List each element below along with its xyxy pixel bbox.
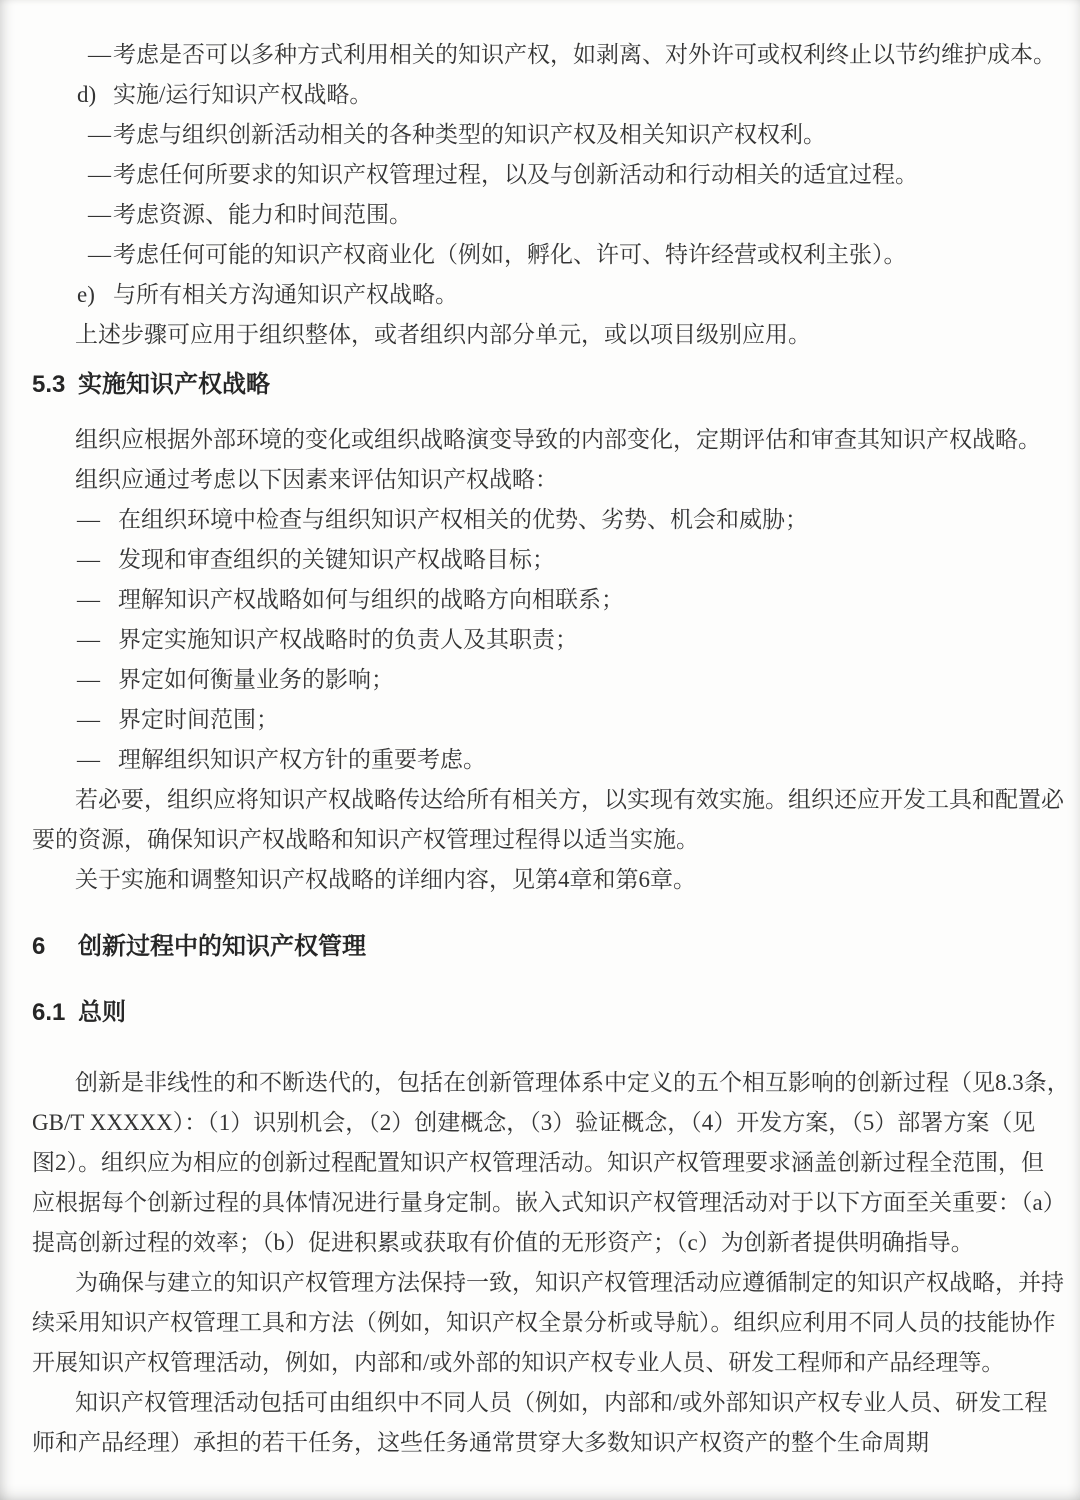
section-6-1-body: 创新是非线性的和不断迭代的，包括在创新管理体系中定义的五个相互影响的创新过程（见…	[32, 1063, 1038, 1463]
section-heading-6-1: 6.1总则	[32, 993, 1038, 1033]
dash-bullet: —	[88, 155, 113, 195]
dash-item-text: 理解知识产权战略如何与组织的战略方向相联系；	[118, 587, 624, 612]
list-item-label: d)	[77, 75, 113, 115]
dash-bullet: —	[88, 115, 113, 155]
dash-item-text: 考虑是否可以多种方式利用相关的知识产权，如剥离、对外许可或权利终止以节约维护成本…	[113, 42, 1056, 67]
dash-item: —理解知识产权战略如何与组织的战略方向相联系；	[32, 580, 1038, 620]
section-title: 总则	[78, 999, 126, 1026]
list-item-e: e)与所有相关方沟通知识产权战略。	[32, 275, 1038, 315]
dash-item-text: 考虑与组织创新活动相关的各种类型的知识产权及相关知识产权权利。	[113, 122, 826, 147]
dash-bullet: —	[88, 195, 113, 235]
paragraph-line: 应根据每个创新过程的具体情况进行量身定制。嵌入式知识产权管理活动对于以下方面至关…	[32, 1183, 1038, 1223]
dash-item: —考虑任何可能的知识产权商业化（例如，孵化、许可、特许经营或权利主张）。	[32, 235, 1038, 275]
dash-item: —考虑资源、能力和时间范围。	[32, 195, 1038, 235]
dash-item: —在组织环境中检查与组织知识产权相关的优势、劣势、机会和威胁；	[32, 500, 1038, 540]
paragraph-line: 要的资源，确保知识产权战略和知识产权管理过程得以适当实施。	[32, 820, 1038, 860]
paragraph-line: 为确保与建立的知识产权管理方法保持一致，知识产权管理活动应遵循制定的知识产权战略…	[32, 1263, 1038, 1303]
dash-item: —理解组织知识产权方针的重要考虑。	[32, 740, 1038, 780]
dash-bullet: —	[77, 580, 118, 620]
section-heading-5-3: 5.3实施知识产权战略	[32, 365, 1038, 405]
list-item-text: 与所有相关方沟通知识产权战略。	[113, 282, 458, 307]
paragraph-line: 师和产品经理）承担的若干任务，这些任务通常贯穿大多数知识产权资产的整个生命周期	[32, 1423, 1038, 1463]
dash-item: —发现和审查组织的关键知识产权战略目标；	[32, 540, 1038, 580]
dash-bullet: —	[77, 500, 118, 540]
dash-item: —考虑任何所要求的知识产权管理过程，以及与创新活动和行动相关的适宜过程。	[32, 155, 1038, 195]
paragraph-line: 创新是非线性的和不断迭代的，包括在创新管理体系中定义的五个相互影响的创新过程（见…	[32, 1063, 1038, 1103]
dash-item-text: 考虑资源、能力和时间范围。	[113, 202, 412, 227]
dash-bullet: —	[88, 35, 113, 75]
dash-bullet: —	[77, 740, 118, 780]
dash-item-text: 发现和审查组织的关键知识产权战略目标；	[118, 547, 555, 572]
list-item-text: 实施/运行知识产权战略。	[113, 82, 372, 107]
dash-item: —考虑是否可以多种方式利用相关的知识产权，如剥离、对外许可或权利终止以节约维护成…	[32, 35, 1038, 75]
section-heading-6: 6创新过程中的知识产权管理	[32, 927, 1038, 967]
dash-item-text: 在组织环境中检查与组织知识产权相关的优势、劣势、机会和威胁；	[118, 507, 808, 532]
dash-bullet: —	[77, 700, 118, 740]
dash-item-text: 考虑任何可能的知识产权商业化（例如，孵化、许可、特许经营或权利主张）。	[113, 242, 907, 267]
section-title: 创新过程中的知识产权管理	[78, 933, 366, 960]
paragraph-line: 组织应根据外部环境的变化或组织战略演变导致的内部变化，定期评估和审查其知识产权战…	[32, 420, 1038, 460]
dash-item-text: 理解组织知识产权方针的重要考虑。	[118, 747, 486, 772]
dash-bullet: —	[88, 235, 113, 275]
dash-bullet: —	[77, 660, 118, 700]
dash-item-text: 界定实施知识产权战略时的负责人及其职责；	[118, 627, 578, 652]
section-5-3-body: 组织应根据外部环境的变化或组织战略演变导致的内部变化，定期评估和审查其知识产权战…	[32, 420, 1038, 900]
dash-item-text: 考虑任何所要求的知识产权管理过程，以及与创新活动和行动相关的适宜过程。	[113, 162, 918, 187]
dash-item: —界定时间范围；	[32, 700, 1038, 740]
paragraph-line: 提高创新过程的效率；（b）促进积累或获取有价值的无形资产；（c）为创新者提供明确…	[32, 1223, 1038, 1263]
paragraph-line: 组织应通过考虑以下因素来评估知识产权战略：	[32, 460, 1038, 500]
paragraph-line: 开展知识产权管理活动，例如，内部和/或外部的知识产权专业人员、研发工程师和产品经…	[32, 1343, 1038, 1383]
section-number: 6	[32, 927, 78, 967]
dash-item: —考虑与组织创新活动相关的各种类型的知识产权及相关知识产权权利。	[32, 115, 1038, 155]
dash-item: —界定实施知识产权战略时的负责人及其职责；	[32, 620, 1038, 660]
paragraph-line: 上述步骤可应用于组织整体，或者组织内部分单元，或以项目级别应用。	[32, 315, 1038, 355]
paragraph-line: 续采用知识产权管理工具和方法（例如，知识产权全景分析或导航）。组织应利用不同人员…	[32, 1303, 1038, 1343]
dash-item-text: 界定如何衡量业务的影响；	[118, 667, 394, 692]
list-item-d: d)实施/运行知识产权战略。	[32, 75, 1038, 115]
dash-item-text: 界定时间范围；	[118, 707, 279, 732]
paragraph-line: 若必要，组织应将知识产权战略传达给所有相关方，以实现有效实施。组织还应开发工具和…	[32, 780, 1038, 820]
document-page: —考虑是否可以多种方式利用相关的知识产权，如剥离、对外许可或权利终止以节约维护成…	[0, 0, 1080, 1500]
list-item-label: e)	[77, 275, 113, 315]
dash-bullet: —	[77, 620, 118, 660]
section-number: 6.1	[32, 993, 78, 1033]
section-title: 实施知识产权战略	[78, 371, 270, 398]
paragraph-line: 知识产权管理活动包括可由组织中不同人员（例如，内部和/或外部知识产权专业人员、研…	[32, 1383, 1038, 1423]
paragraph-line: 图2）。组织应为相应的创新过程配置知识产权管理活动。知识产权管理要求涵盖创新过程…	[32, 1143, 1038, 1183]
dash-bullet: —	[77, 540, 118, 580]
paragraph-line: GB/T XXXXX）：（1）识别机会，（2）创建概念，（3）验证概念，（4）开…	[32, 1103, 1038, 1143]
section-number: 5.3	[32, 365, 78, 405]
paragraph-line: 关于实施和调整知识产权战略的详细内容，见第4章和第6章。	[32, 860, 1038, 900]
dash-item: —界定如何衡量业务的影响；	[32, 660, 1038, 700]
